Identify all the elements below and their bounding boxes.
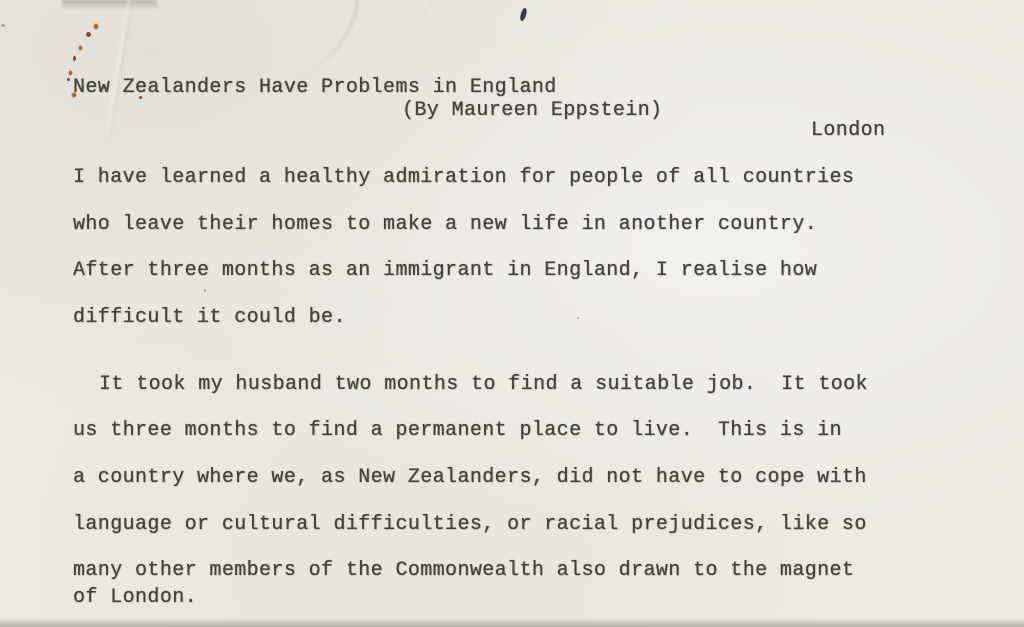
ink-blot-mark bbox=[519, 8, 528, 22]
edge-speck bbox=[1, 24, 5, 27]
document-dateline: London bbox=[811, 119, 885, 143]
body-line: who leave their homes to make a new life… bbox=[73, 213, 817, 237]
body-line: difficult it could be. bbox=[73, 306, 346, 330]
body-line: After three months as an immigrant in En… bbox=[73, 259, 817, 283]
rust-stain bbox=[86, 32, 91, 37]
document-byline: (By Maureen Eppstein) bbox=[402, 99, 662, 123]
stray-speck bbox=[204, 289, 206, 292]
body-line: language or cultural difficulties, or ra… bbox=[73, 513, 867, 537]
rust-stain bbox=[94, 24, 98, 29]
body-line: It took my husband two months to find a … bbox=[99, 373, 868, 397]
body-line: a country where we, as New Zealanders, d… bbox=[73, 466, 867, 490]
document-title: New Zealanders Have Problems in England bbox=[73, 76, 557, 100]
typewritten-page: New Zealanders Have Problems in England … bbox=[0, 0, 1024, 627]
body-line: many other members of the Commonwealth a… bbox=[73, 559, 854, 583]
body-line: of London. bbox=[73, 586, 197, 610]
body-line: us three months to find a permanent plac… bbox=[73, 419, 842, 443]
rust-stain bbox=[67, 78, 70, 81]
rust-stain bbox=[79, 46, 82, 50]
rust-stain bbox=[69, 71, 72, 75]
body-line: I have learned a healthy admiration for … bbox=[73, 166, 854, 190]
stray-speck bbox=[577, 317, 579, 319]
rust-stain bbox=[73, 56, 76, 61]
